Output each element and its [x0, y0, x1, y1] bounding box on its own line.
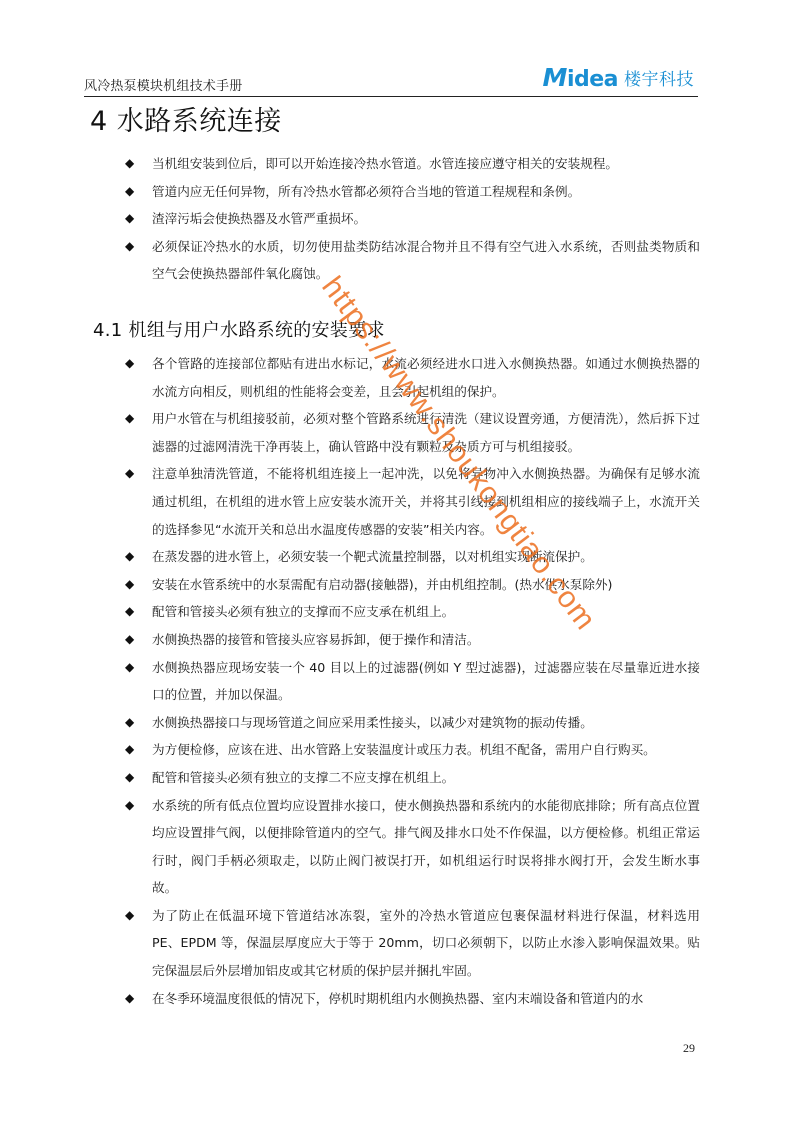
bullet-text: 各个管路的连接部位都贴有进出水标记，水流必须经进水口进入水侧换热器。如通过水侧换… [152, 356, 700, 399]
logo-brand-rest: idea [567, 67, 618, 92]
bullet-item: ◆水侧换热器的接管和管接头应容易拆卸，便于操作和清洁。 [125, 626, 700, 654]
bullet-text: 配管和管接头必须有独立的支撑二不应支撑在机组上。 [152, 770, 454, 785]
bullet-item: ◆水系统的所有低点位置均应设置排水接口，使水侧换热器和系统内的水能彻底排除；所有… [125, 792, 700, 902]
bullet-text: 安装在水管系统中的水泵需配有启动器(接触器)，并由机组控制。(热水供水泵除外) [152, 577, 612, 592]
bullet-text: 当机组安装到位后，即可以开始连接冷热水管道。水管连接应遵守相关的安装规程。 [152, 156, 618, 171]
section-bullet-list: ◆各个管路的连接部位都贴有进出水标记，水流必须经进水口进入水侧换热器。如通过水侧… [125, 350, 700, 1012]
bullet-text: 配管和管接头必须有独立的支撑而不应支承在机组上。 [152, 604, 454, 619]
bullet-text: 在蒸发器的进水管上，必须安装一个靶式流量控制器，以对机组实现断流保护。 [152, 549, 593, 564]
chapter-bullet-list: ◆当机组安装到位后，即可以开始连接冷热水管道。水管连接应遵守相关的安装规程。 ◆… [125, 150, 700, 288]
bullet-item: ◆水侧换热器接口与现场管道之间应采用柔性接头，以减少对建筑物的振动传播。 [125, 709, 700, 737]
bullet-text: 水侧换热器的接管和管接头应容易拆卸，便于操作和清洁。 [152, 632, 479, 647]
diamond-bullet-icon: ◆ [125, 598, 134, 626]
bullet-text: 为了防止在低温环境下管道结冰冻裂，室外的冷热水管道应包裹保温材料进行保温，材料选… [152, 908, 700, 978]
bullet-item: ◆当机组安装到位后，即可以开始连接冷热水管道。水管连接应遵守相关的安装规程。 [125, 150, 700, 178]
bullet-item: ◆为方便检修，应该在进、出水管路上安装温度计或压力表。机组不配备，需用户自行购买… [125, 736, 700, 764]
bullet-text: 为方便检修，应该在进、出水管路上安装温度计或压力表。机组不配备，需用户自行购买。 [152, 742, 656, 757]
bullet-item: ◆为了防止在低温环境下管道结冰冻裂，室外的冷热水管道应包裹保温材料进行保温，材料… [125, 902, 700, 985]
bullet-item: ◆配管和管接头必须有独立的支撑而不应支承在机组上。 [125, 598, 700, 626]
bullet-text: 水侧换热器接口与现场管道之间应采用柔性接头，以减少对建筑物的振动传播。 [152, 715, 593, 730]
bullet-item: ◆水侧换热器应现场安装一个 40 目以上的过滤器(例如 Y 型过滤器)，过滤器应… [125, 654, 700, 709]
bullet-item: ◆必须保证冷热水的水质，切勿使用盐类防结冰混合物并且不得有空气进入水系统，否则盐… [125, 233, 700, 288]
diamond-bullet-icon: ◆ [125, 460, 134, 488]
bullet-item: ◆注意单独清洗管道，不能将机组连接上一起冲洗，以免将异物冲入水侧换热器。为确保有… [125, 460, 700, 543]
diamond-bullet-icon: ◆ [125, 654, 134, 682]
bullet-item: ◆在蒸发器的进水管上，必须安装一个靶式流量控制器，以对机组实现断流保护。 [125, 543, 700, 571]
bullet-text: 注意单独清洗管道，不能将机组连接上一起冲洗，以免将异物冲入水侧换热器。为确保有足… [152, 466, 700, 536]
logo-m-glyph: M [543, 63, 567, 92]
bullet-text: 用户水管在与机组接驳前，必须对整个管路系统进行清洗（建议设置旁通，方便清洗），然… [152, 411, 700, 454]
logo-brand: Midea [543, 63, 618, 92]
page-header: 风冷热泵模块机组技术手册 Midea 楼宇科技 [84, 62, 698, 98]
diamond-bullet-icon: ◆ [125, 405, 134, 433]
diamond-bullet-icon: ◆ [125, 764, 134, 792]
logo-subtitle: 楼宇科技 [624, 65, 694, 90]
diamond-bullet-icon: ◆ [125, 150, 134, 178]
diamond-bullet-icon: ◆ [125, 178, 134, 206]
bullet-text: 水侧换热器应现场安装一个 40 目以上的过滤器(例如 Y 型过滤器)，过滤器应装… [152, 660, 700, 703]
document-title: 风冷热泵模块机组技术手册 [84, 75, 242, 94]
diamond-bullet-icon: ◆ [125, 985, 134, 1013]
bullet-text: 必须保证冷热水的水质，切勿使用盐类防结冰混合物并且不得有空气进入水系统，否则盐类… [152, 239, 700, 282]
page-number: 29 [683, 1041, 695, 1056]
midea-logo: Midea 楼宇科技 [543, 62, 694, 92]
diamond-bullet-icon: ◆ [125, 205, 134, 233]
diamond-bullet-icon: ◆ [125, 792, 134, 820]
bullet-item: ◆管道内应无任何异物，所有冷热水管都必须符合当地的管道工程规程和条例。 [125, 178, 700, 206]
diamond-bullet-icon: ◆ [125, 543, 134, 571]
diamond-bullet-icon: ◆ [125, 902, 134, 930]
document-page: 风冷热泵模块机组技术手册 Midea 楼宇科技 4 水路系统连接 ◆当机组安装到… [0, 0, 793, 1121]
bullet-text: 水系统的所有低点位置均应设置排水接口，使水侧换热器和系统内的水能彻底排除；所有高… [152, 798, 700, 896]
diamond-bullet-icon: ◆ [125, 350, 134, 378]
bullet-item: ◆渣滓污垢会使换热器及水管严重损坏。 [125, 205, 700, 233]
diamond-bullet-icon: ◆ [125, 709, 134, 737]
bullet-item: ◆各个管路的连接部位都贴有进出水标记，水流必须经进水口进入水侧换热器。如通过水侧… [125, 350, 700, 405]
diamond-bullet-icon: ◆ [125, 736, 134, 764]
bullet-text: 渣滓污垢会使换热器及水管严重损坏。 [152, 211, 366, 226]
bullet-text: 管道内应无任何异物，所有冷热水管都必须符合当地的管道工程规程和条例。 [152, 184, 580, 199]
header-divider [84, 96, 698, 97]
bullet-text: 在冬季环境温度很低的情况下，停机时期机组内水侧换热器、室内末端设备和管道内的水 [152, 991, 643, 1006]
chapter-title: 4 水路系统连接 [90, 99, 282, 138]
diamond-bullet-icon: ◆ [125, 233, 134, 261]
bullet-item: ◆在冬季环境温度很低的情况下，停机时期机组内水侧换热器、室内末端设备和管道内的水 [125, 985, 700, 1013]
bullet-item: ◆配管和管接头必须有独立的支撑二不应支撑在机组上。 [125, 764, 700, 792]
diamond-bullet-icon: ◆ [125, 571, 134, 599]
bullet-item: ◆安装在水管系统中的水泵需配有启动器(接触器)，并由机组控制。(热水供水泵除外) [125, 571, 700, 599]
bullet-item: ◆用户水管在与机组接驳前，必须对整个管路系统进行清洗（建议设置旁通，方便清洗），… [125, 405, 700, 460]
diamond-bullet-icon: ◆ [125, 626, 134, 654]
section-title: 4.1 机组与用户水路系统的安装要求 [93, 316, 385, 342]
